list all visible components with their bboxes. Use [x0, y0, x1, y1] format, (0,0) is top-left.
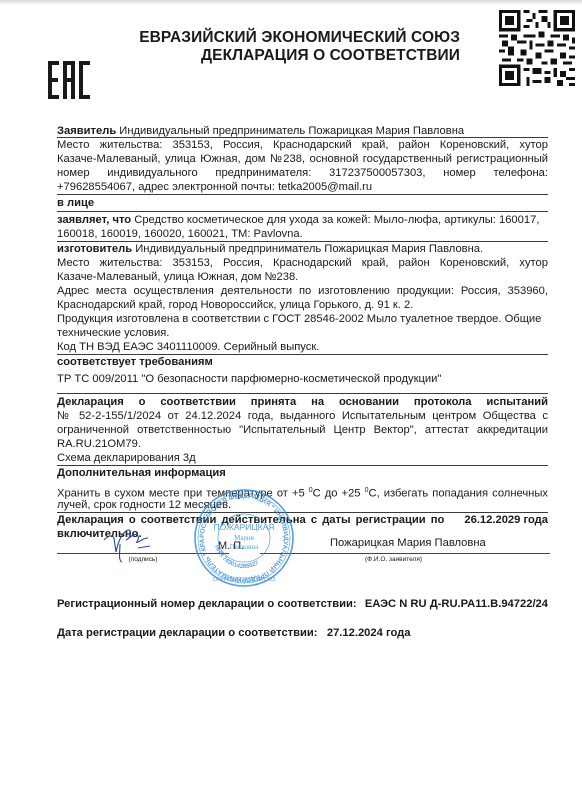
svg-text:ПОЖАРИЦКАЯ: ПОЖАРИЦКАЯ [214, 522, 275, 532]
registration-date-value: 27.12.2024 года [327, 627, 411, 639]
production-address-2: Краснодарский край, город Новороссийск, … [57, 298, 548, 312]
additional-info-label: Дополнительная информация [57, 466, 548, 480]
applicant-address-1: Место жительства: 353153, Россия, Красно… [57, 138, 548, 152]
validity-date: 26.12.2029 года [464, 513, 548, 527]
requirements-label: соответствует требованиям [57, 355, 548, 369]
manufacturer-label: изготовитель [57, 243, 132, 255]
name-line [260, 553, 550, 554]
basis-line-1: Декларация о соответствии принята на осн… [57, 395, 548, 409]
declares-line-2: 160018, 160019, 160020, 160021, ТМ: Pavl… [57, 227, 548, 241]
production-address-1: Адрес места осуществления деятельности п… [57, 284, 548, 298]
hs-code: Код ТН ВЭД ЕАЭС 3401110009. Серийный вып… [57, 340, 548, 354]
name-caption: (Ф.И.О. заявителя) [365, 556, 422, 563]
represented-by-label: в лице [57, 196, 548, 210]
registration-date-label: Дата регистрации декларации о соответств… [57, 627, 318, 639]
applicant-label: Заявитель [57, 125, 116, 137]
applicant-name: Пожарицкая Мария Павловна [330, 537, 486, 549]
registration-number-value: ЕАЭС N RU Д-RU.РА11.В.94722/24 [365, 598, 548, 610]
declares-line-1: заявляет, что Средство косметическое для… [57, 213, 548, 227]
seal-stamp-icon: РОССИЙСКАЯ ФЕДЕРАЦИЯ * ИНДИВИДУАЛЬНЫЙ ПР… [186, 488, 302, 588]
qr-code-icon [499, 10, 575, 86]
manufacturer-line: изготовитель Индивидуальный предпринимат… [57, 242, 548, 256]
manufacturer-address-1: Место жительства: 353153, Россия, Красно… [57, 256, 548, 270]
union-title: ЕВРАЗИЙСКИЙ ЭКОНОМИЧЕСКИЙ СОЮЗ [139, 29, 460, 47]
applicant-address-3: номер индивидуального предпринимателя: 3… [57, 166, 548, 180]
divider [57, 393, 548, 394]
signature-icon [98, 522, 158, 564]
svg-text:Мария: Мария [234, 534, 255, 542]
svg-text:ОГРН 317237500057303: ОГРН 317237500057303 [213, 577, 275, 583]
standard-line-2: технические условия. [57, 326, 548, 340]
requirements-value: ТР ТС 009/2011 "О безопасности парфюмерн… [57, 372, 548, 386]
basis-line-4: RA.RU.21ОМ79. [57, 437, 548, 451]
eac-logo-icon [48, 61, 90, 99]
storage-line-2: лучей, срок годности 12 месяцев. [57, 498, 548, 512]
svg-text:Павловна: Павловна [230, 543, 259, 551]
registration-number-line: Регистрационный номер декларации о соотв… [57, 598, 548, 610]
applicant-value: Индивидуальный предприниматель Пожарицка… [116, 125, 464, 137]
manufacturer-value: Индивидуальный предприниматель Пожарицка… [132, 243, 483, 255]
declaration-scheme: Схема декларирования 3д [57, 451, 548, 465]
registration-number-label: Регистрационный номер декларации о соотв… [57, 598, 357, 610]
divider [57, 211, 548, 212]
basis-line-2: № 52-2-155/1/2024 от 24.12.2024 года, вы… [57, 409, 548, 423]
product-description: Средство косметическое для ухода за коже… [131, 214, 539, 226]
applicant-address-2: Казаче-Малеваный, улица Южная, дом №238,… [57, 152, 548, 166]
registration-date-line: Дата регистрации декларации о соответств… [57, 627, 410, 639]
scan-edge [0, 0, 582, 5]
basis-line-3: ограниченной ответственностью "Испытател… [57, 423, 548, 437]
divider [57, 194, 548, 195]
declares-label: заявляет, что [57, 214, 131, 226]
applicant-line: Заявитель Индивидуальный предприниматель… [57, 124, 548, 138]
applicant-address-4: +79628554067, адрес электронной почты: t… [57, 180, 548, 194]
standard-line-1: Продукция изготовлена в соответствии с Г… [57, 312, 548, 326]
manufacturer-address-2: Казаче-Малеваный, улица Южная, дом №238. [57, 270, 548, 284]
document-title: ДЕКЛАРАЦИЯ О СООТВЕТСТВИИ [201, 47, 460, 65]
